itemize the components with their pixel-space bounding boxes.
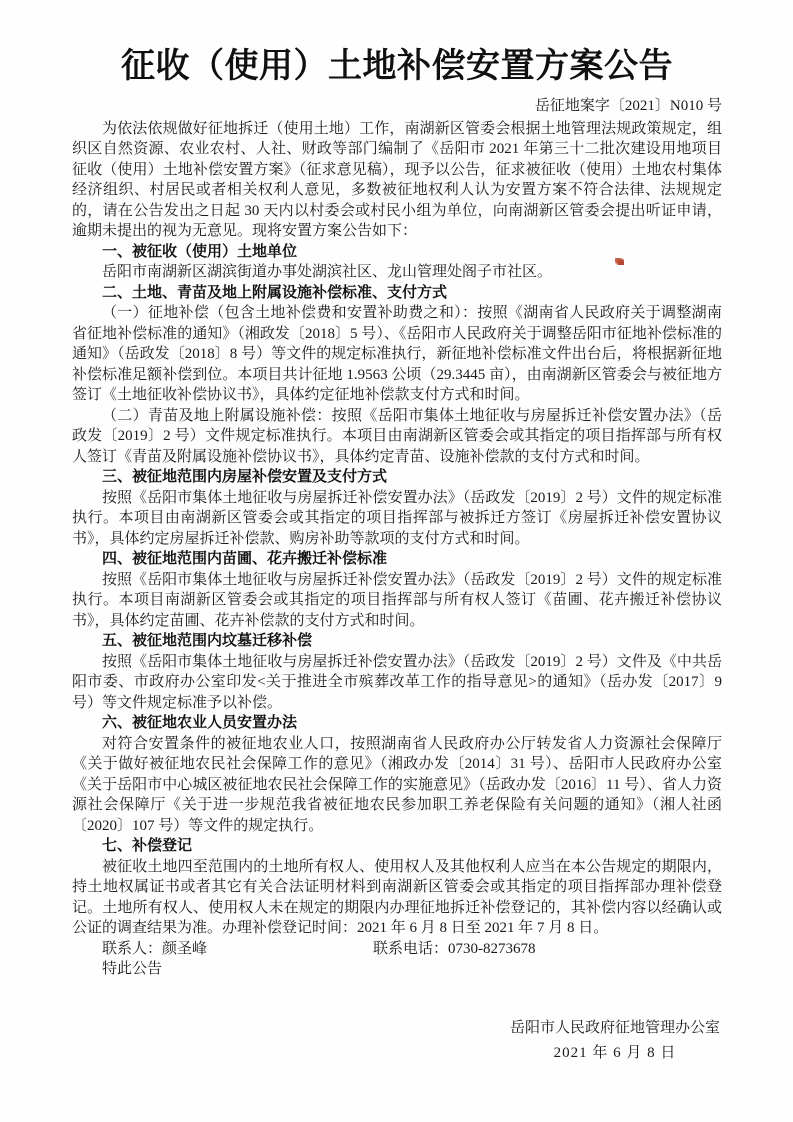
section-1-paragraph: 岳阳市南湖新区湖滨街道办事处湖滨社区、龙山管理处阁子市社区。	[72, 262, 722, 283]
contact-phone: 联系电话：0730-8273678	[373, 939, 536, 960]
intro-paragraph: 为依法依规做好征地拆迁（使用土地）工作，南湖新区管委会根据土地管理法规政策规定，…	[72, 119, 722, 242]
section-3-paragraph: 按照《岳阳市集体土地征收与房屋拆迁补偿安置办法》（岳政发〔2019〕2 号）文件…	[72, 488, 722, 550]
contact-person: 联系人：颜圣峰	[102, 939, 207, 960]
section-5-heading: 五、被征地范围内坟墓迁移补偿	[72, 631, 722, 652]
section-6-heading: 六、被征地农业人员安置办法	[72, 713, 722, 734]
section-7-heading: 七、补偿登记	[72, 836, 722, 857]
signature-block: 岳阳市人民政府征地管理办公室 2021 年 6 月 8 日	[510, 1018, 720, 1064]
section-6-paragraph: 对符合安置条件的被征地农业人口，按照湖南省人民政府办公厅转发省人力资源社会保障厅…	[72, 734, 722, 837]
section-1-heading: 一、被征收（使用）土地单位	[72, 242, 722, 263]
section-4-paragraph: 按照《岳阳市集体土地征收与房屋拆迁补偿安置办法》（岳政发〔2019〕2 号）文件…	[72, 570, 722, 632]
doc-number: 岳征地案字〔2021〕N010 号	[72, 96, 722, 116]
contact-row: 联系人：颜圣峰 联系电话：0730-8273678	[72, 939, 722, 960]
announcement-page: 征收（使用）土地补偿安置方案公告 岳征地案字〔2021〕N010 号 为依法依规…	[0, 0, 793, 1122]
section-2-heading: 二、土地、青苗及地上附属设施补偿标准、支付方式	[72, 283, 722, 304]
section-5-paragraph: 按照《岳阳市集体土地征收与房屋拆迁补偿安置办法》（岳政发〔2019〕2 号）文件…	[72, 652, 722, 714]
signature-org: 岳阳市人民政府征地管理办公室	[510, 1018, 720, 1039]
section-7-paragraph: 被征收土地四至范围内的土地所有权人、使用权人及其他权利人应当在本公告规定的期限内…	[72, 857, 722, 939]
section-2-paragraph-1: （一）征地补偿（包含土地补偿费和安置补助费之和）：按照《湖南省人民政府关于调整湖…	[72, 303, 722, 406]
section-3-heading: 三、被征地范围内房屋补偿安置及支付方式	[72, 467, 722, 488]
signature-date: 2021 年 6 月 8 日	[510, 1043, 720, 1064]
section-2-paragraph-2: （二）青苗及地上附属设施补偿：按照《岳阳市集体土地征收与房屋拆迁补偿安置办法》（…	[72, 406, 722, 468]
document-body: 为依法依规做好征地拆迁（使用土地）工作，南湖新区管委会根据土地管理法规政策规定，…	[72, 119, 722, 1064]
page-title: 征收（使用）土地补偿安置方案公告	[72, 46, 722, 89]
closing-line: 特此公告	[72, 959, 722, 980]
section-4-heading: 四、被征地范围内苗圃、花卉搬迁补偿标准	[72, 549, 722, 570]
